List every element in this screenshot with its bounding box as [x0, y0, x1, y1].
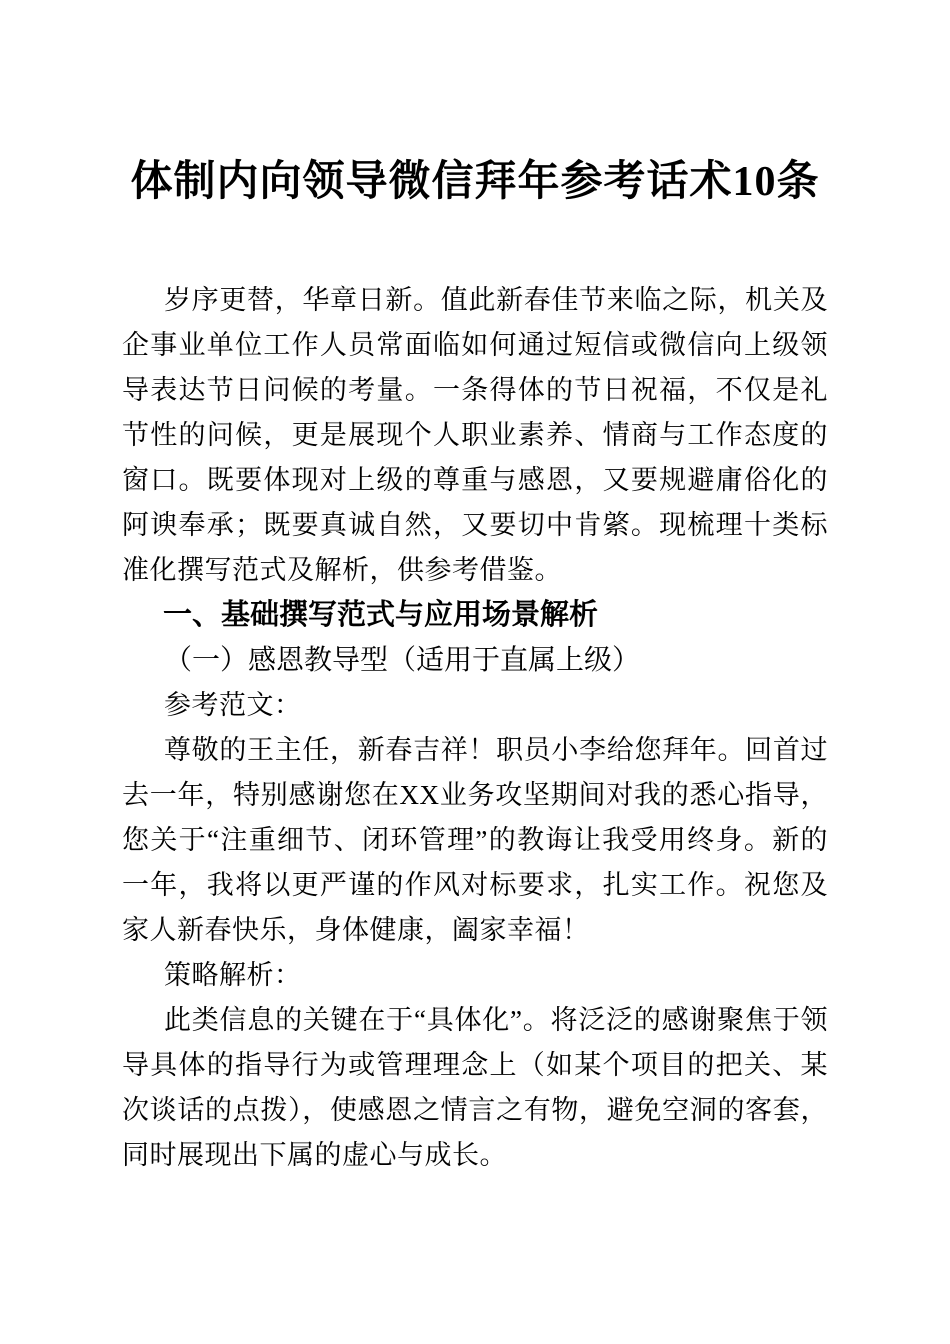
document-title: 体制内向领导微信拜年参考话术10条	[122, 152, 828, 212]
document-page: 体制内向领导微信拜年参考话术10条 岁序更替，华章日新。值此新春佳节来临之际，机…	[0, 0, 950, 1344]
sample-label: 参考范文：	[122, 683, 828, 728]
analysis-paragraph: 此类信息的关键在于“具体化”。将泛泛的感谢聚焦于领导具体的指导行为或管理理念上（…	[122, 998, 828, 1178]
subsection-heading: （一）感恩教导型（适用于直属上级）	[122, 638, 828, 683]
document-body: 岁序更替，华章日新。值此新春佳节来临之际，机关及企事业单位工作人员常面临如何通过…	[122, 278, 828, 1178]
sample-paragraph: 尊敬的王主任，新春吉祥！职员小李给您拜年。回首过去一年，特别感谢您在XX业务攻坚…	[122, 728, 828, 953]
intro-paragraph: 岁序更替，华章日新。值此新春佳节来临之际，机关及企事业单位工作人员常面临如何通过…	[122, 278, 828, 593]
analysis-label: 策略解析：	[122, 953, 828, 998]
section-heading: 一、基础撰写范式与应用场景解析	[122, 593, 828, 638]
